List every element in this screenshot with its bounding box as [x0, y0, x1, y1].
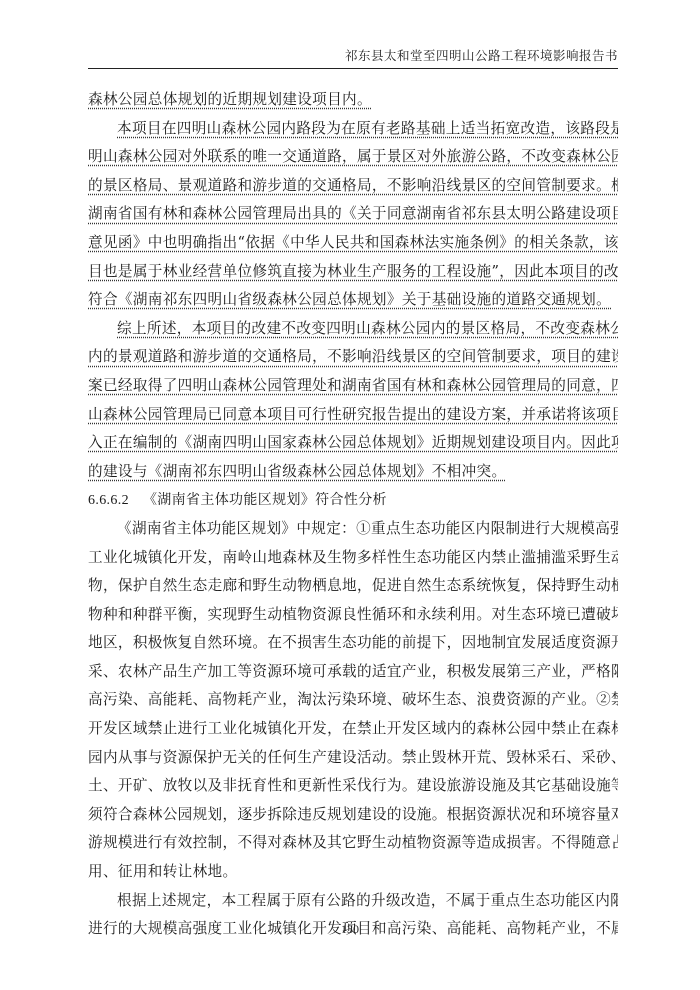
- text-line: 森林公园总体规划的近期规划建设项目内。: [88, 91, 372, 108]
- paragraph-line: 综上所述，本项目的改建不改变四明山森林公园内的景区格局，不改变森林公园: [88, 315, 618, 344]
- paragraph-line: 园内从事与资源保护无关的任何生产建设活动。禁止毁林开荒、毁林采石、采砂、取: [88, 744, 618, 773]
- text-line: 的建设与《湖南祁东四明山省级森林公园总体规划》不相冲突。: [88, 463, 506, 480]
- text-line: 目也是属于林业经营单位修筑直接为林业生产服务的工程设施”，因此本项目的改建: [88, 263, 618, 280]
- text-line: 山森林公园管理局已同意本项目可行性研究报告提出的建设方案，并承诺将该项目纳: [88, 406, 618, 423]
- paragraph-line: 物种和种群平衡，实现野生动植物资源良性循环和永续利用。对生态环境已遭破坏的: [88, 601, 618, 630]
- text-line: 《湖南省主体功能区规划》中规定：①重点生态功能区内限制进行大规模高强度: [117, 520, 618, 537]
- text-line: 意见函》中也明确指出“依据《中华人民共和国森林法实施条例》的相关条款，该项: [88, 234, 618, 251]
- paragraph-line: 案已经取得了四明山森林公园管理处和湖南省国有林和森林公园管理局的同意，四明: [88, 372, 618, 401]
- paragraph-line: 土、开矿、放牧以及非抚育性和更新性采伐行为。建设旅游设施及其它基础设施等必: [88, 772, 618, 801]
- paragraph-line: 明山森林公园对外联系的唯一交通道路，属于景区对外旅游公路，不改变森林公园内: [88, 143, 618, 172]
- paragraph-line: 入正在编制的《湖南四明山国家森林公园总体规划》近期规划建设项目内。因此项目: [88, 429, 618, 458]
- paragraph-line: 湖南省国有林和森林公园管理局出具的《关于同意湖南省祁东县太明公路建设项目的: [88, 200, 618, 229]
- page-number: 130: [0, 922, 700, 937]
- paragraph-line: 采、农林产品生产加工等资源环境可承载的适宜产业，积极发展第三产业，严格限制: [88, 658, 618, 687]
- text-line: 用、征用和转让林地。: [88, 863, 237, 880]
- text-line: 高污染、高能耗、高物耗产业，淘汰污染环境、破坏生态、浪费资源的产业。②禁止: [88, 691, 618, 708]
- paragraph-line: 山森林公园管理局已同意本项目可行性研究报告提出的建设方案，并承诺将该项目纳: [88, 401, 618, 430]
- text-line: 湖南省国有林和森林公园管理局出具的《关于同意湖南省祁东县太明公路建设项目的: [88, 205, 618, 222]
- text-line: 园内从事与资源保护无关的任何生产建设活动。禁止毁林开荒、毁林采石、采砂、取: [88, 749, 618, 766]
- paragraph-line: 本项目在四明山森林公园内路段为在原有老路基础上适当拓宽改造，该路段是四: [88, 115, 618, 144]
- text-line: 物，保护自然生态走廊和野生动物栖息地，促进自然生态系统恢复，保持野生动植物: [88, 577, 618, 594]
- paragraph-line: 森林公园总体规划的近期规划建设项目内。: [88, 86, 618, 115]
- paragraph-line: 开发区域禁止进行工业化城镇化开发，在禁止开发区域内的森林公园中禁止在森林公: [88, 715, 618, 744]
- text-line: 须符合森林公园规划，逐步拆除违反规划建设的设施。根据资源状况和环境容量对旅: [88, 806, 618, 823]
- text-line: 入正在编制的《湖南四明山国家森林公园总体规划》近期规划建设项目内。因此项目: [88, 434, 618, 451]
- text-line: 土、开矿、放牧以及非抚育性和更新性采伐行为。建设旅游设施及其它基础设施等必: [88, 777, 618, 794]
- paragraph-line: 的景区格局、景观道路和游步道的交通格局，不影响沿线景区的空间管制要求。根据: [88, 172, 618, 201]
- paragraph-line: 内的景观道路和游步道的交通格局，不影响沿线景区的空间管制要求，项目的建设方: [88, 343, 618, 372]
- paragraph-line: 须符合森林公园规划，逐步拆除违反规划建设的设施。根据资源状况和环境容量对旅: [88, 801, 618, 830]
- text-line: 开发区域禁止进行工业化城镇化开发，在禁止开发区域内的森林公园中禁止在森林公: [88, 720, 618, 737]
- paragraph-line: 游规模进行有效控制，不得对森林及其它野生动植物资源等造成损害。不得随意占: [88, 829, 618, 858]
- text-line: 地区，积极恢复自然环境。在不损害生态功能的前提下，因地制宜发展适度资源开: [88, 634, 618, 651]
- paragraph-line: 工业化城镇化开发，南岭山地森林及生物多样性生态功能区内禁止滥捕滥采野生动植: [88, 544, 618, 573]
- paragraph-line: 符合《湖南祁东四明山省级森林公园总体规划》关于基础设施的道路交通规划。: [88, 286, 618, 315]
- running-header: 祁东县太和堂至四明山公路工程环境影响报告书: [88, 46, 618, 69]
- section-heading: 6.6.6.2《湖南省主体功能区规划》符合性分析: [88, 486, 618, 515]
- text-line: 案已经取得了四明山森林公园管理处和湖南省国有林和森林公园管理局的同意，四明: [88, 377, 618, 394]
- paragraph-line: 物，保护自然生态走廊和野生动物栖息地，促进自然生态系统恢复，保持野生动植物: [88, 572, 618, 601]
- paragraph-line: 地区，积极恢复自然环境。在不损害生态功能的前提下，因地制宜发展适度资源开: [88, 629, 618, 658]
- section-number: 6.6.6.2: [88, 493, 129, 508]
- text-line: 综上所述，本项目的改建不改变四明山森林公园内的景区格局，不改变森林公园: [117, 320, 618, 337]
- paragraph-line: 高污染、高能耗、高物耗产业，淘汰污染环境、破坏生态、浪费资源的产业。②禁止: [88, 686, 618, 715]
- paragraph-line: 意见函》中也明确指出“依据《中华人民共和国森林法实施条例》的相关条款，该项: [88, 229, 618, 258]
- paragraph-line: 用、征用和转让林地。: [88, 858, 618, 887]
- text-line: 内的景观道路和游步道的交通格局，不影响沿线景区的空间管制要求，项目的建设方: [88, 348, 618, 365]
- text-line: 工业化城镇化开发，南岭山地森林及生物多样性生态功能区内禁止滥捕滥采野生动植: [88, 549, 618, 566]
- paragraph-line: 的建设与《湖南祁东四明山省级森林公园总体规划》不相冲突。: [88, 458, 618, 487]
- section-title: 《湖南省主体功能区规划》符合性分析: [143, 492, 387, 508]
- text-line: 明山森林公园对外联系的唯一交通道路，属于景区对外旅游公路，不改变森林公园内: [88, 148, 618, 165]
- paragraph-line: 目也是属于林业经营单位修筑直接为林业生产服务的工程设施”，因此本项目的改建: [88, 258, 618, 287]
- text-line: 符合《湖南祁东四明山省级森林公园总体规划》关于基础设施的道路交通规划。: [88, 291, 611, 308]
- paragraph-line: 根据上述规定，本工程属于原有公路的升级改造，不属于重点生态功能区内限制: [88, 887, 618, 916]
- text-line: 根据上述规定，本工程属于原有公路的升级改造，不属于重点生态功能区内限制: [117, 892, 618, 909]
- paragraph-line: 《湖南省主体功能区规划》中规定：①重点生态功能区内限制进行大规模高强度: [88, 515, 618, 544]
- text-line: 采、农林产品生产加工等资源环境可承载的适宜产业，积极发展第三产业，严格限制: [88, 663, 618, 680]
- text-line: 本项目在四明山森林公园内路段为在原有老路基础上适当拓宽改造，该路段是四: [117, 120, 618, 137]
- text-line: 游规模进行有效控制，不得对森林及其它野生动植物资源等造成损害。不得随意占: [88, 834, 618, 851]
- text-line: 的景区格局、景观道路和游步道的交通格局，不影响沿线景区的空间管制要求。根据: [88, 177, 618, 194]
- page-body: 森林公园总体规划的近期规划建设项目内。 本项目在四明山森林公园内路段为在原有老路…: [88, 86, 618, 944]
- text-line: 物种和种群平衡，实现野生动植物资源良性循环和永续利用。对生态环境已遭破坏的: [88, 606, 618, 623]
- document-title: 祁东县太和堂至四明山公路工程环境影响报告书: [345, 48, 618, 63]
